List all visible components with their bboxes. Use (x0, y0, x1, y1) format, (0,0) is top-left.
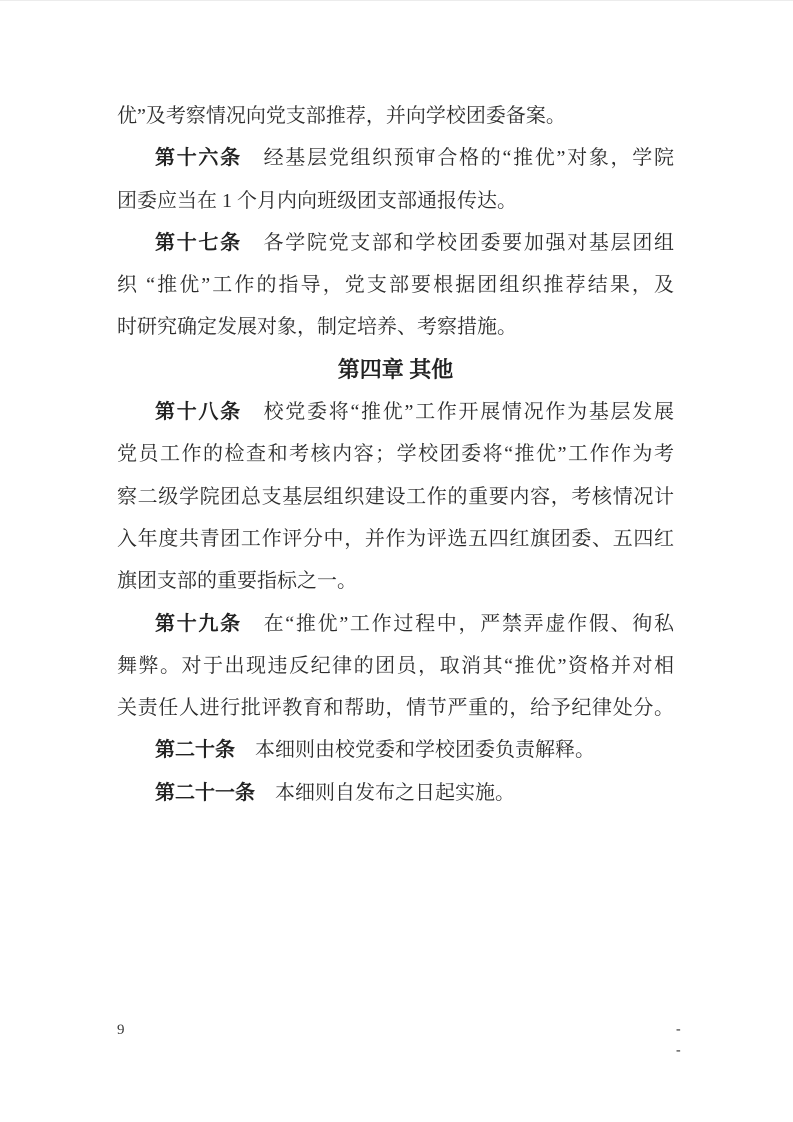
text-run: 各学院党支部和学校团委要加强对基层团组 (242, 232, 674, 254)
document-page: 优”及考察情况向党支部推荐，并向学校团委备案。第十六条 经基层党组织预审合格的“… (0, 0, 793, 1122)
article-number: 第十六条 (155, 147, 242, 169)
page-number: 9 (117, 1022, 125, 1039)
text-line: 党员工作的检查和考核内容；学校团委将“推优”工作作为考 (117, 433, 674, 475)
text-line: 旗团支部的重要指标之一。 (117, 560, 674, 602)
article-number: 第十八条 (155, 401, 242, 423)
text-run: 舞弊。对于出现违反纪律的团员，取消其“推优”资格并对相 (117, 655, 674, 677)
text-run: 校党委将“推优”工作开展情况作为基层发展 (242, 401, 674, 423)
text-run: 本细则由校党委和学校团委负责解释。 (235, 739, 595, 761)
article-number: 第十七条 (155, 232, 242, 254)
text-run: 织 “推优”工作的指导，党支部要根据团组织推荐结果，及 (117, 274, 674, 296)
article-number: 第十九条 (155, 613, 242, 635)
text-run: 在“推优”工作过程中，严禁弄虚作假、徇私 (242, 613, 674, 635)
margin-dash-bottom: - (676, 1044, 681, 1058)
document-lines: 优”及考察情况向党支部推荐，并向学校团委备案。第十六条 经基层党组织预审合格的“… (117, 95, 674, 814)
text-run: 本细则自发布之日起实施。 (255, 782, 515, 804)
text-line: 第十七条 各学院党支部和学校团委要加强对基层团组 (117, 222, 674, 264)
text-line: 第二十一条 本细则自发布之日起实施。 (117, 772, 674, 814)
text-run: 入年度共青团工作评分中，并作为评选五四红旗团委、五四红 (117, 528, 674, 550)
chapter-heading: 第四章 其他 (117, 349, 674, 391)
text-run: 经基层党组织预审合格的“推优”对象，学院 (242, 147, 674, 169)
text-run: 时研究确定发展对象，制定培养、考察措施。 (117, 316, 517, 338)
article-number: 第二十一条 (155, 782, 255, 804)
text-run: 党员工作的检查和考核内容；学校团委将“推优”工作作为考 (117, 443, 674, 465)
text-line: 关责任人进行批评教育和帮助，情节严重的，给予纪律处分。 (117, 687, 674, 729)
margin-dash-top: - (676, 1023, 681, 1037)
text-line: 织 “推优”工作的指导，党支部要根据团组织推荐结果，及 (117, 264, 674, 306)
text-run: 关责任人进行批评教育和帮助，情节严重的，给予纪律处分。 (117, 697, 674, 719)
article-number: 第二十条 (155, 739, 235, 761)
article-number: 第四章 其他 (338, 357, 454, 382)
text-line: 察二级学院团总支基层组织建设工作的重要内容，考核情况计 (117, 476, 674, 518)
text-line: 优”及考察情况向党支部推荐，并向学校团委备案。 (117, 95, 674, 137)
text-run: 旗团支部的重要指标之一。 (117, 570, 357, 592)
text-line: 团委应当在 1 个月内向班级团支部通报传达。 (117, 180, 674, 222)
text-line: 第十八条 校党委将“推优”工作开展情况作为基层发展 (117, 391, 674, 433)
text-run: 优”及考察情况向党支部推荐，并向学校团委备案。 (117, 105, 566, 127)
text-line: 入年度共青团工作评分中，并作为评选五四红旗团委、五四红 (117, 518, 674, 560)
text-run: 察二级学院团总支基层组织建设工作的重要内容，考核情况计 (117, 486, 674, 508)
text-line: 舞弊。对于出现违反纪律的团员，取消其“推优”资格并对相 (117, 645, 674, 687)
text-line: 第二十条 本细则由校党委和学校团委负责解释。 (117, 729, 674, 771)
text-line: 时研究确定发展对象，制定培养、考察措施。 (117, 306, 674, 348)
text-run: 团委应当在 1 个月内向班级团支部通报传达。 (117, 190, 517, 212)
text-line: 第十六条 经基层党组织预审合格的“推优”对象，学院 (117, 137, 674, 179)
text-line: 第十九条 在“推优”工作过程中，严禁弄虚作假、徇私 (117, 603, 674, 645)
